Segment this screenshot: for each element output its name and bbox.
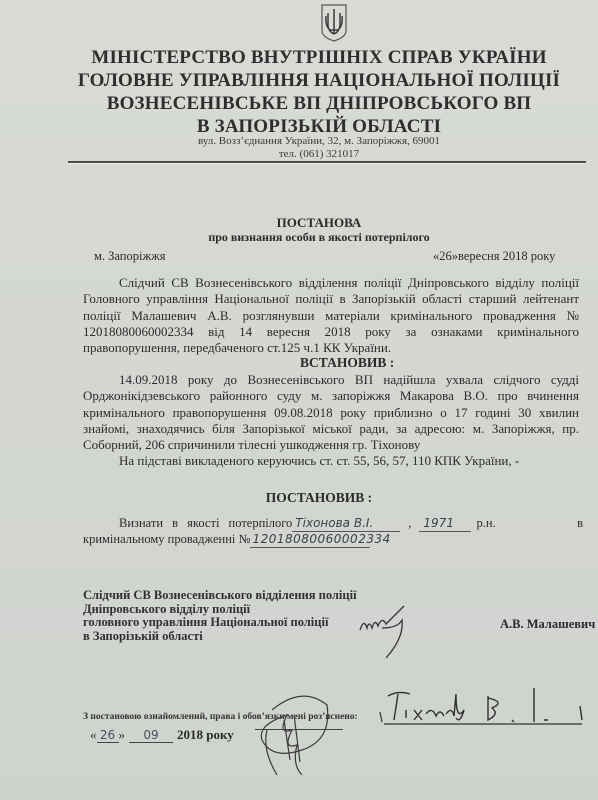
investigator-position: Слідчий СВ Вознесенівського відділення п… <box>83 589 357 643</box>
acknowledgement-date: «26»092018 року <box>90 727 234 743</box>
decision-paragraph: Визнати в якості потерпілогоТіхонова В.І… <box>83 515 583 548</box>
investigator-signature-icon <box>358 598 414 660</box>
case-prefix: кримінальному провадженні № <box>83 532 250 546</box>
birth-year-handwritten: 1971 <box>419 515 471 532</box>
case-number-handwritten: 12018080060002334 <box>250 531 370 548</box>
header-address: вул. Возз’єднання України, 32, м. Запорі… <box>20 135 598 147</box>
victim-name-handwritten: Тіхонова В.І. <box>292 515 400 532</box>
intro-paragraph: Слідчий СВ Вознесенівського відділення п… <box>83 275 579 356</box>
document-city: м. Запоріжжя <box>94 249 166 264</box>
ukraine-trident-icon <box>321 4 347 42</box>
header-phone: тел. (061) 321017 <box>20 148 598 160</box>
established-paragraph: 14.09.2018 року до Вознесенівського ВП н… <box>83 372 579 470</box>
header-line-ministry: МІНІСТЕРСТВО ВНУТРІШНІХ СПРАВ УКРАЇНИ <box>20 47 598 69</box>
header-line-department: ВОЗНЕСЕНІВСЬКЕ ВП ДНІПРОВСЬКОГО ВП <box>20 93 598 115</box>
witness-signature-icon <box>232 690 342 780</box>
decision-prefix: Визнати в якості потерпілого <box>119 516 292 530</box>
intro-text: Слідчий СВ Вознесенівського відділення п… <box>83 275 579 356</box>
document-title: ПОСТАНОВА <box>40 215 598 231</box>
decided-heading: ПОСТАНОВИВ : <box>40 490 598 506</box>
ack-year: 2018 року <box>177 727 234 742</box>
decision-line-2: кримінальному провадженні №1201808006000… <box>83 531 583 548</box>
header-line-main-directorate: ГОЛОВНЕ УПРАВЛІННЯ НАЦІОНАЛЬНОЇ ПОЛІЦІЇ <box>20 70 598 92</box>
document-subtitle: про визнання особи в якості потерпілого <box>40 230 598 245</box>
signer-name: А.В. Малашевич <box>500 617 595 632</box>
close-quote: » <box>119 727 126 742</box>
witness-signature-line <box>255 729 343 730</box>
position-line: в Запорізькій області <box>83 630 357 644</box>
established-heading: ВСТАНОВИВ : <box>300 355 394 371</box>
position-line: Дніпровського відділу поліції <box>83 603 357 617</box>
decision-line-1: Визнати в якості потерпілогоТіхонова В.І… <box>83 515 583 531</box>
birth-suffix: р.н. <box>477 516 496 530</box>
position-line: Слідчий СВ Вознесенівського відділення п… <box>83 589 357 603</box>
police-resolution-document: МІНІСТЕРСТВО ВНУТРІШНІХ СПРАВ УКРАЇНИ ГО… <box>0 0 598 800</box>
established-text: 14.09.2018 року до Вознесенівського ВП н… <box>83 372 579 453</box>
ack-month-handwritten: 09 <box>129 728 173 743</box>
document-date: «26»вересня 2018 року <box>433 249 555 264</box>
victim-signature-icon <box>376 686 588 726</box>
basis-text: На підставі викладеного керуючись ст. ст… <box>83 453 579 469</box>
decision-in-word: в <box>577 515 583 531</box>
header-divider <box>68 161 586 163</box>
position-line: головного управління Національної поліці… <box>83 616 357 630</box>
ack-day-handwritten: 26 <box>97 728 119 743</box>
decision-comma: , <box>408 516 411 530</box>
